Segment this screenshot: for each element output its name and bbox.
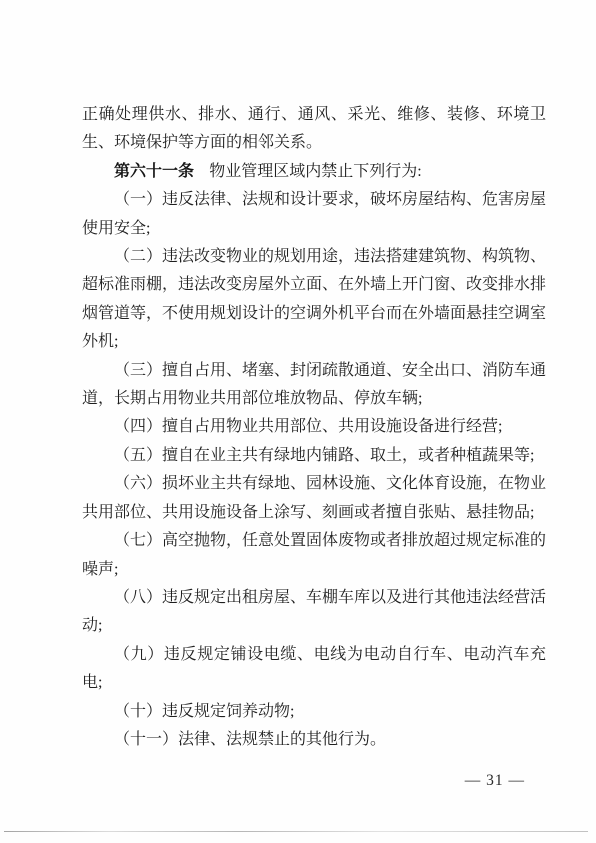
document-body: 正确处理供水、排水、通行、通风、采光、维修、装修、环境卫生、环境保护等方面的相邻…	[82, 101, 546, 754]
prohibition-list: （一）违反法律、法规和设计要求，破坏房屋结构、危害房屋使用安全;（二）违法改变物…	[82, 186, 546, 754]
prohibition-item-2: （二）违法改变物业的规划用途，违法搭建建筑物、构筑物、超标准雨棚，违法改变房屋外…	[82, 243, 546, 357]
document-page: 正确处理供水、排水、通行、通风、采光、维修、装修、环境卫生、环境保护等方面的相邻…	[0, 0, 596, 843]
page-footer: — 31 —	[0, 772, 525, 790]
prohibition-item-6: （六）损坏业主共有绿地、园林设施、文化体育设施，在物业共用部位、共用设施设备上涂…	[82, 470, 546, 527]
article-heading: 第六十一条物业管理区域内禁止下列行为:	[82, 158, 546, 186]
prohibition-item-5: （五）擅自在业主共有绿地内铺路、取土，或者种植蔬果等;	[82, 442, 546, 470]
prohibition-item-1: （一）违反法律、法规和设计要求，破坏房屋结构、危害房屋使用安全;	[82, 186, 546, 243]
scan-edge-artifact	[4, 831, 588, 832]
article-intro-text: 物业管理区域内禁止下列行为:	[209, 163, 421, 180]
intro-paragraph: 正确处理供水、排水、通行、通风、采光、维修、装修、环境卫生、环境保护等方面的相邻…	[82, 101, 546, 158]
prohibition-item-10: （十）违反规定饲养动物;	[82, 698, 546, 726]
prohibition-item-7: （七）高空抛物，任意处置固体废物或者排放超过规定标准的噪声;	[82, 527, 546, 584]
article-number: 第六十一条	[114, 163, 194, 180]
prohibition-item-9: （九）违反规定铺设电缆、电线为电动自行车、电动汽车充电;	[82, 641, 546, 698]
prohibition-item-3: （三）擅自占用、堵塞、封闭疏散通道、安全出口、消防车通道，长期占用物业共用部位堆…	[82, 357, 546, 414]
prohibition-item-4: （四）擅自占用物业共用部位、共用设施设备进行经营;	[82, 413, 546, 441]
page-number: — 31 —	[465, 772, 525, 789]
prohibition-item-11: （十一）法律、法规禁止的其他行为。	[82, 726, 546, 754]
prohibition-item-8: （八）违反规定出租房屋、车棚车库以及进行其他违法经营活动;	[82, 584, 546, 641]
